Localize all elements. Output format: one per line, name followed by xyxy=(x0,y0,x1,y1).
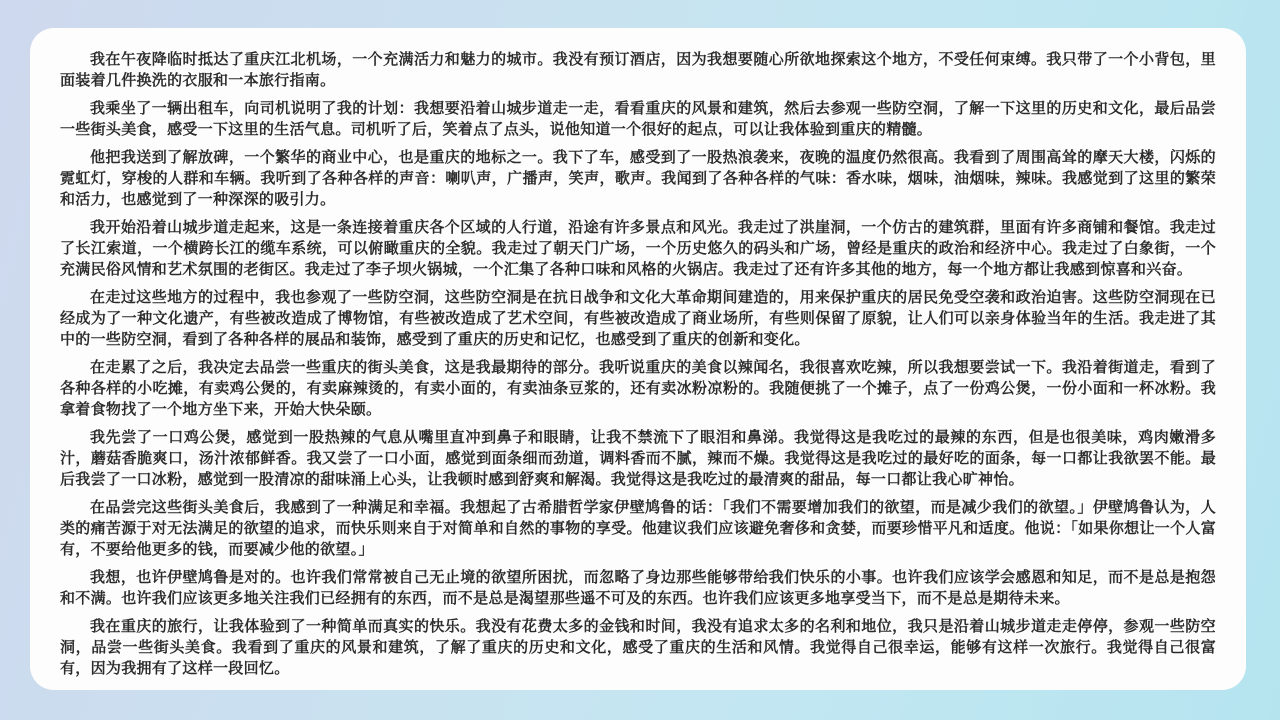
paragraph: 我开始沿着山城步道走起来，这是一条连接着重庆各个区域的人行道，沿途有许多景点和风… xyxy=(60,217,1216,280)
paragraph: 我在午夜降临时抵达了重庆江北机场，一个充满活力和魅力的城市。我没有预订酒店，因为… xyxy=(60,49,1216,91)
paragraph: 我想，也许伊壁鸠鲁是对的。也许我们常常被自己无止境的欲望所困扰，而忽略了身边那些… xyxy=(60,567,1216,609)
page-background: 我在午夜降临时抵达了重庆江北机场，一个充满活力和魅力的城市。我没有预订酒店，因为… xyxy=(0,0,1280,720)
paragraph: 他把我送到了解放碑，一个繁华的商业中心，也是重庆的地标之一。我下了车，感受到了一… xyxy=(60,147,1216,210)
paragraph: 在走过这些地方的过程中，我也参观了一些防空洞，这些防空洞是在抗日战争和文化大革命… xyxy=(60,287,1216,350)
paragraph: 在品尝完这些街头美食后，我感到了一种满足和幸福。我想起了古希腊哲学家伊壁鸠鲁的话… xyxy=(60,497,1216,560)
paragraph: 我先尝了一口鸡公煲，感觉到一股热辣的气息从嘴里直冲到鼻子和眼睛，让我不禁流下了眼… xyxy=(60,427,1216,490)
document-card: 我在午夜降临时抵达了重庆江北机场，一个充满活力和魅力的城市。我没有预订酒店，因为… xyxy=(30,28,1246,690)
paragraph: 我乘坐了一辆出租车，向司机说明了我的计划：我想要沿着山城步道走一走，看看重庆的风… xyxy=(60,98,1216,140)
paragraph: 我在重庆的旅行，让我体验到了一种简单而真实的快乐。我没有花费太多的金钱和时间，我… xyxy=(60,616,1216,679)
document-body: 我在午夜降临时抵达了重庆江北机场，一个充满活力和魅力的城市。我没有预订酒店，因为… xyxy=(60,49,1216,679)
paragraph: 在走累了之后，我决定去品尝一些重庆的街头美食，这是我最期待的部分。我听说重庆的美… xyxy=(60,357,1216,420)
